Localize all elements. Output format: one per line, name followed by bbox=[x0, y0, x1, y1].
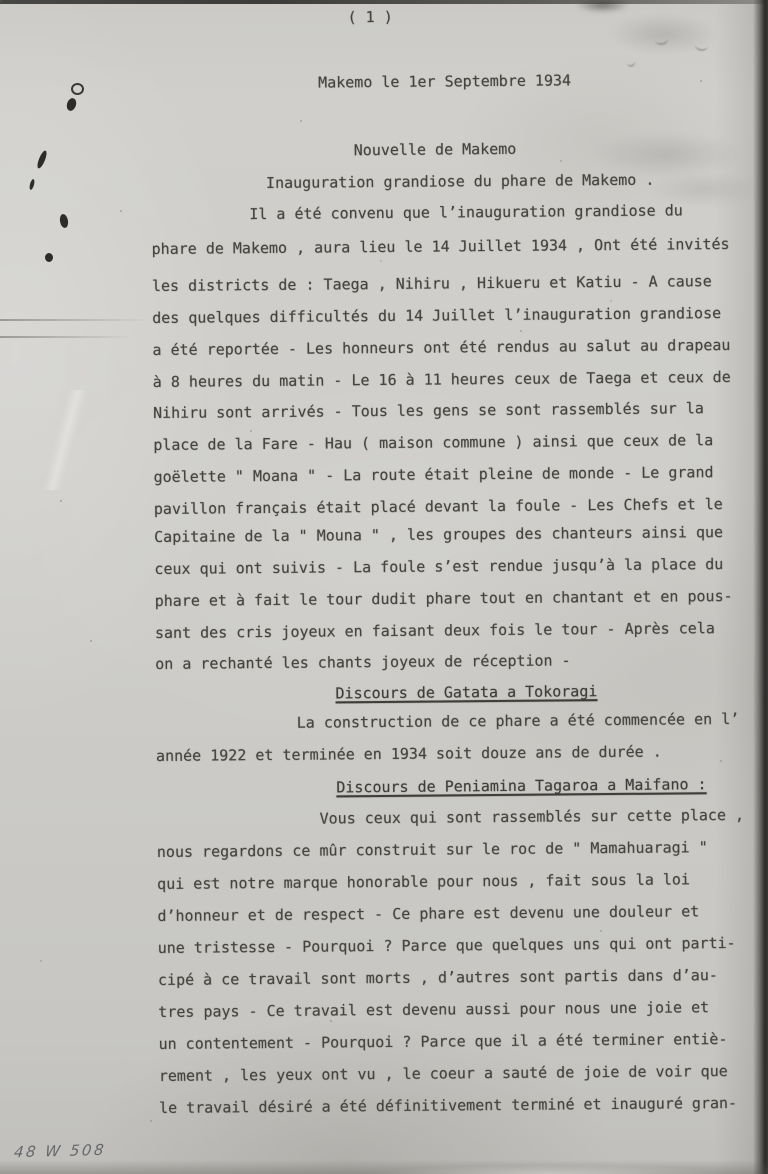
typewritten-text-block: ( 1 ) Makemo le 1er Septembre 1934 Nouve… bbox=[0, 0, 768, 1174]
body-line-9: goëlette " Moana " - La route était plei… bbox=[153, 463, 713, 486]
speech2-line-4: d’honneur et de respect - Ce phare est d… bbox=[157, 902, 699, 925]
speech2-line-8: un contentement - Pourquoi ? Parce que i… bbox=[158, 1030, 727, 1053]
dateline: Makemo le 1er Septembre 1934 bbox=[318, 71, 571, 91]
body-line-3: les districts de : Taega , Nihiru , Hiku… bbox=[152, 272, 712, 295]
speech1-line-2: année 1922 et terminée en 1934 soit douz… bbox=[156, 743, 662, 765]
body-line-6: à 8 heures du matin - Le 16 à 11 heures … bbox=[153, 368, 731, 391]
scanned-typewritten-page: ( 1 ) Makemo le 1er Septembre 1934 Nouve… bbox=[0, 0, 768, 1174]
body-line-8: place de la Fare - Hau ( maison commune … bbox=[153, 431, 713, 454]
speech-heading-1: Discours de Gatata a Tokoragi bbox=[335, 682, 597, 702]
body-line-7: Nihiru sont arrivés - Tous les gens se s… bbox=[153, 399, 704, 422]
document-title: Nouvelle de Makemo bbox=[354, 140, 517, 159]
speech2-line-3: qui est notre marque honorable pour nous… bbox=[157, 870, 690, 893]
body-line-15: on a rechanté les chants joyeux de récep… bbox=[155, 651, 571, 673]
body-line-12: ceux qui ont suivis - La foule s’est ren… bbox=[154, 555, 723, 578]
speech-heading-2: Discours de Peniamina Tagaroa a Maifano … bbox=[336, 775, 706, 796]
document-subtitle: Inauguration grandiose du phare de Makem… bbox=[266, 171, 654, 192]
speech2-line-6: cipé à ce travail sont morts , d’autres … bbox=[158, 966, 718, 989]
speech1-line-1: La construction de ce phare a été commen… bbox=[297, 710, 740, 732]
speech2-line-9: rement , les yeux ont vu , le coeur a sa… bbox=[159, 1062, 728, 1085]
body-line-13: phare et à fait le tour dudit phare tout… bbox=[155, 587, 733, 610]
body-line-4: des quelques difficultés du 14 Juillet l… bbox=[152, 304, 721, 327]
body-line-14: sant des cris joyeux en faisant deux foi… bbox=[155, 619, 715, 642]
page-number: ( 1 ) bbox=[347, 8, 392, 26]
body-line-2: phare de Makemo , aura lieu le 14 Juille… bbox=[152, 235, 730, 258]
body-line-5: a été reportée - Les honneurs ont été re… bbox=[152, 336, 730, 359]
speech2-line-2: nous regardons ce mûr construit sur le r… bbox=[157, 838, 708, 861]
body-line-1: Il a été convenu que l’inauguration gran… bbox=[249, 201, 683, 223]
speech2-line-10: le travail désiré a été définitivement t… bbox=[159, 1094, 737, 1117]
body-line-10: pavillon français était placé devant la … bbox=[154, 495, 723, 518]
speech2-line-7: tres pays - Ce travail est devenu aussi … bbox=[158, 998, 709, 1021]
speech2-line-5: une tristesse - Pourquoi ? Parce que que… bbox=[158, 934, 736, 957]
speech2-line-1: Vous ceux qui sont rassemblés sur cette … bbox=[319, 806, 744, 828]
body-line-11: Capitaine de la " Mouna " , les groupes … bbox=[154, 523, 723, 546]
archive-reference-handwritten: 48 W 508 bbox=[13, 1141, 107, 1161]
